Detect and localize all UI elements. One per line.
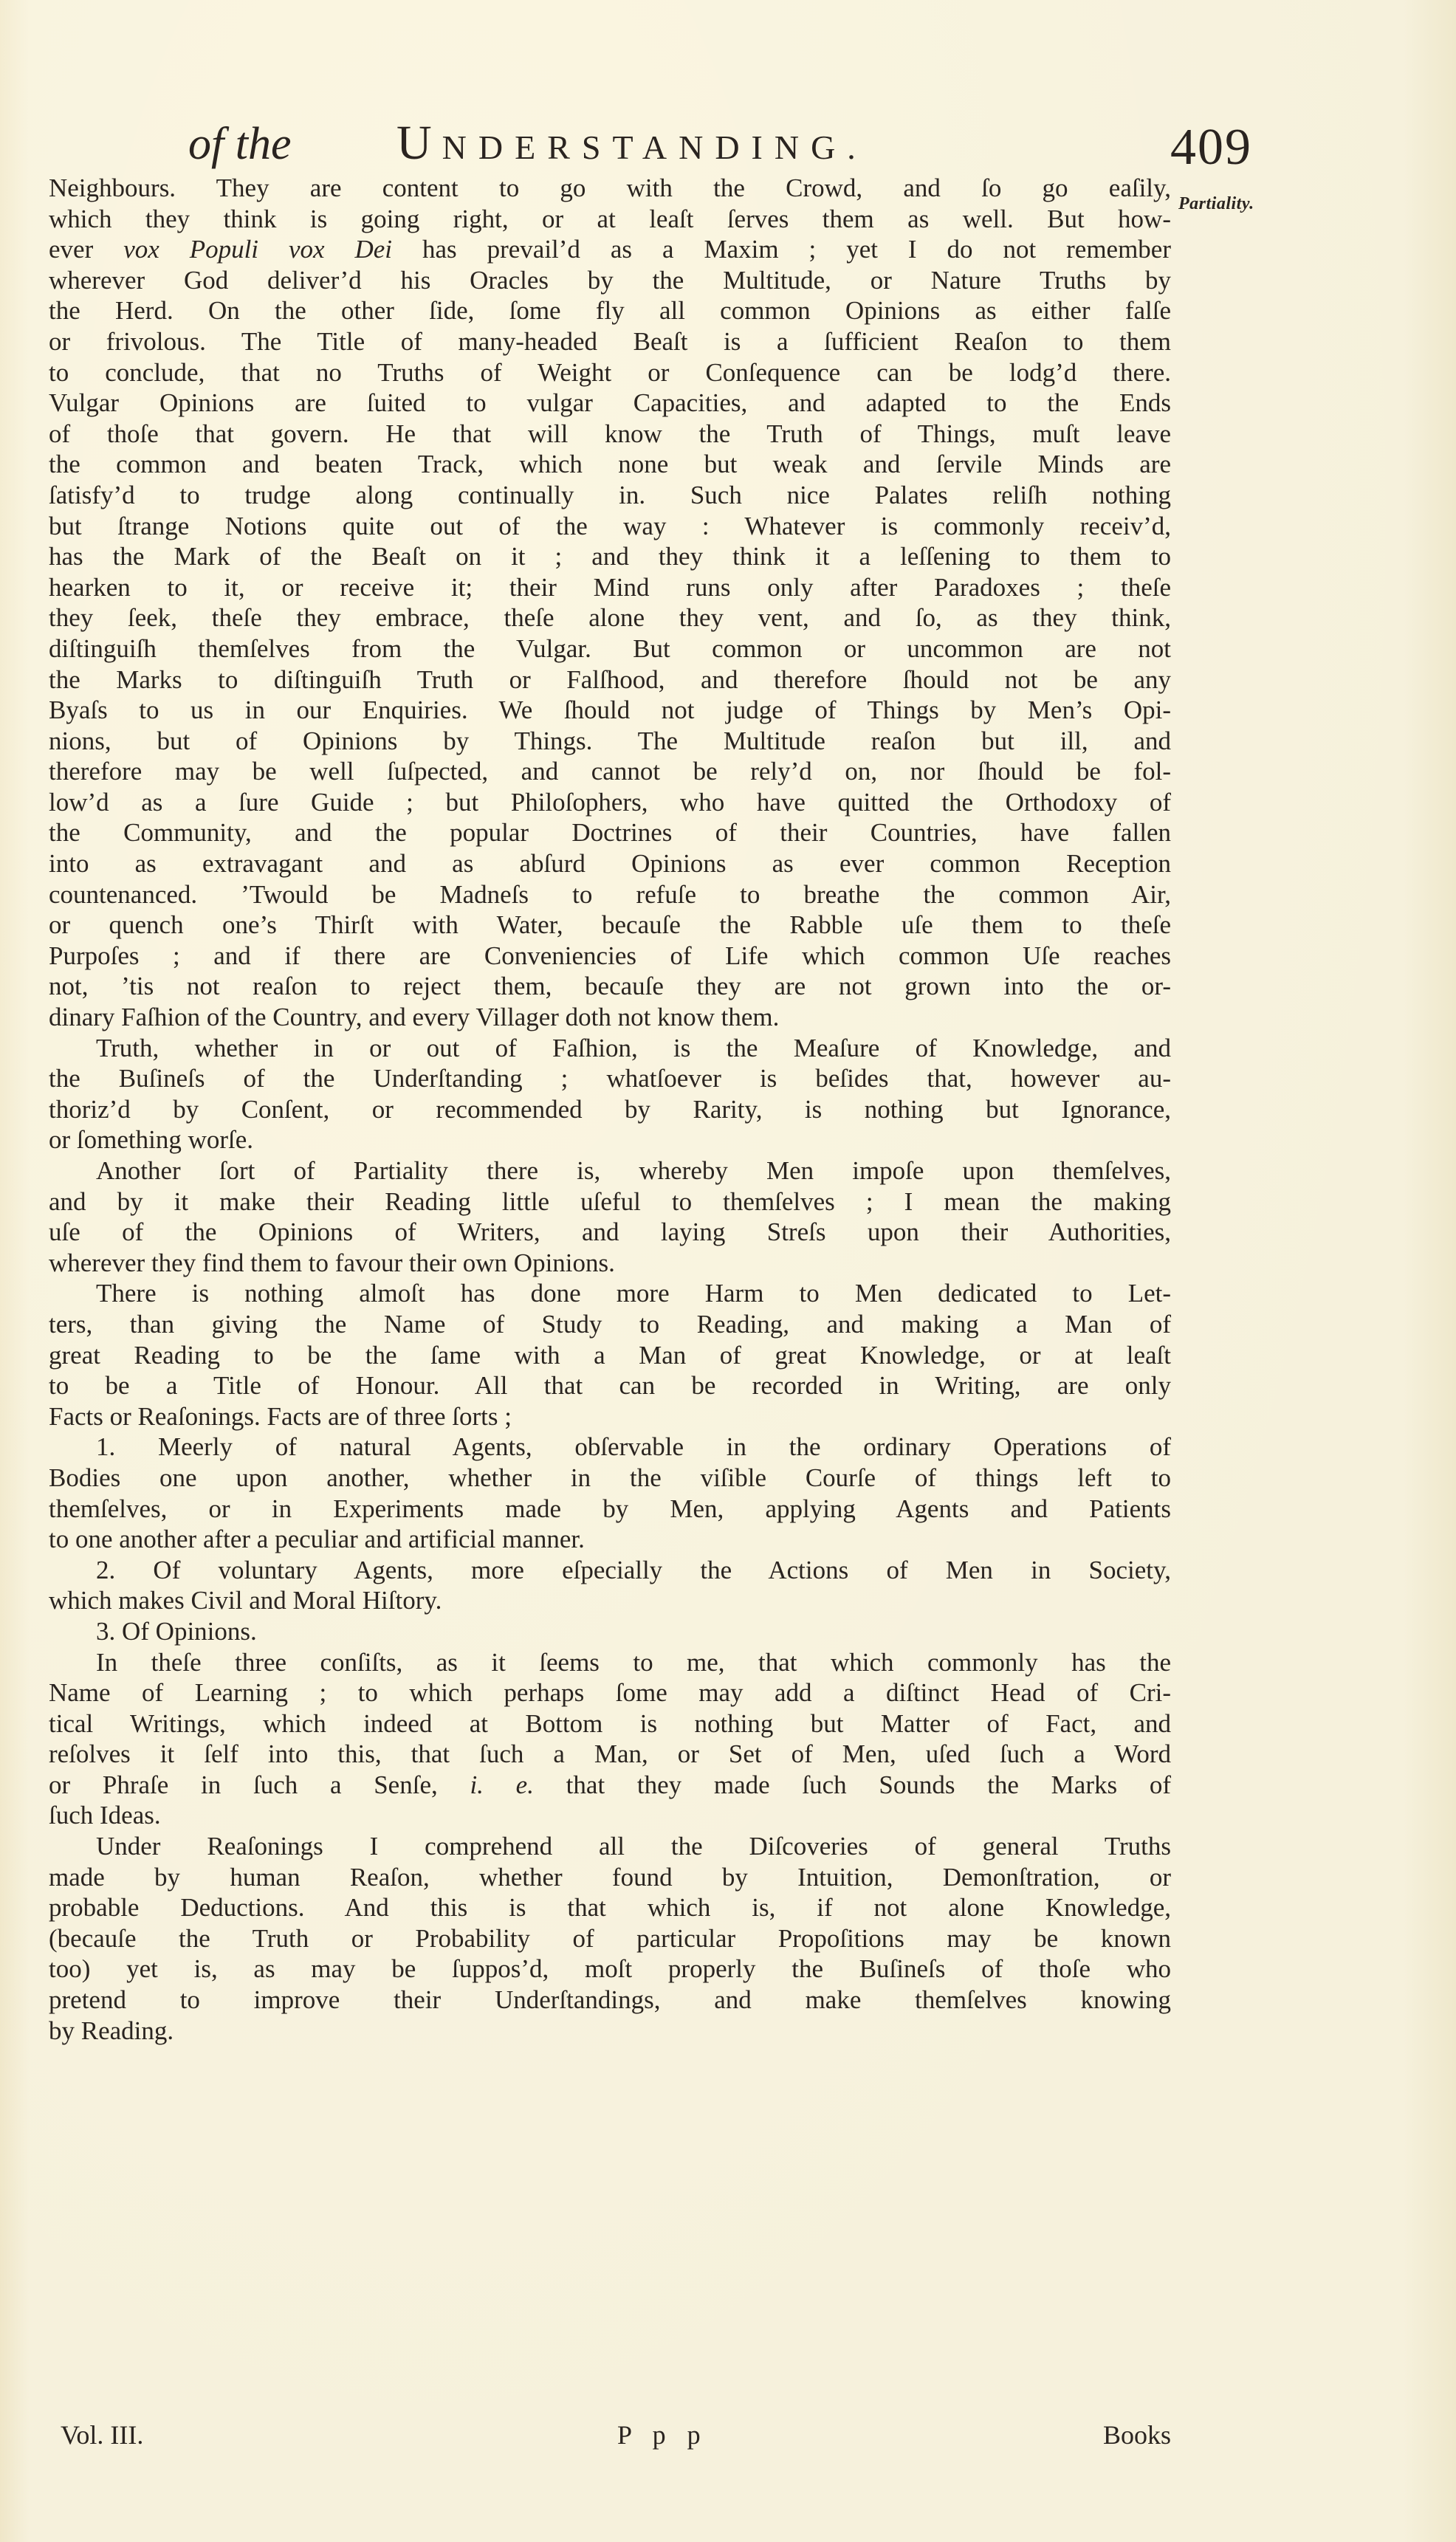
text-line: uſe of the Opinions of Writers, and layi…: [49, 1217, 1171, 1248]
running-head-prefix: of the: [188, 118, 291, 171]
text-line: Another ſort of Partiality there is, whe…: [49, 1155, 1171, 1186]
marginal-note: Partiality.: [1178, 194, 1254, 214]
text-line: 3. Of Opinions.: [49, 1616, 1171, 1647]
text-line: nions, but of Opinions by Things. The Mu…: [49, 726, 1171, 757]
text-line: Name of Learning ; to which perhaps ſome…: [49, 1677, 1171, 1708]
text-line: Neighbours. They are content to go with …: [49, 173, 1171, 204]
text-line: ters, than giving the Name of Study to R…: [49, 1309, 1171, 1340]
text-line: pretend to improve their Underſtandings,…: [49, 1985, 1171, 2016]
text-line: therefore may be well ſuſpected, and can…: [49, 756, 1171, 787]
running-head-title-rest: NDERSTANDING.: [442, 128, 868, 166]
text-line: reſolves it ſelf into this, that ſuch a …: [49, 1739, 1171, 1770]
text-line: or quench one’s Thirſt with Water, becau…: [49, 910, 1171, 941]
text-line: which makes Civil and Moral Hiſtory.: [49, 1585, 1171, 1616]
text-line: they ſeek, theſe they embrace, theſe alo…: [49, 602, 1171, 633]
text-line: the Community, and the popular Doctrines…: [49, 817, 1171, 848]
text-line: but ſtrange Notions quite out of the way…: [49, 511, 1171, 542]
text-line: wherever God deliver’d his Oracles by th…: [49, 265, 1171, 296]
text-line: to be a Title of Honour. All that can be…: [49, 1370, 1171, 1401]
text-line: or ſomething worſe.: [49, 1124, 1171, 1155]
text-line: wherever they find them to favour their …: [49, 1248, 1171, 1279]
catchword: Books: [1103, 2419, 1171, 2450]
text-line: Truth, whether in or out of Faſhion, is …: [49, 1033, 1171, 1064]
signature-mark: P p p: [617, 2419, 708, 2450]
italic-phrase: i. e.: [470, 1770, 534, 1799]
text-line: too) yet is, as may be ſuppos’d, moſt pr…: [49, 1954, 1171, 1985]
text-line: the Marks to diſtinguiſh Truth or Falſho…: [49, 664, 1171, 695]
text-line: not, ’tis not reaſon to reject them, bec…: [49, 971, 1171, 1002]
text-line: which they think is going right, or at l…: [49, 204, 1171, 235]
text-line: Vulgar Opinions are ſuited to vulgar Cap…: [49, 388, 1171, 419]
text-line: countenanced. ’Twould be Madneſs to refu…: [49, 879, 1171, 910]
text-line: dinary Faſhion of the Country, and every…: [49, 1002, 1171, 1033]
running-head-title: UNDERSTANDING.: [396, 115, 868, 171]
italic-phrase: vox Populi vox Dei: [123, 235, 392, 264]
text-line: and by it make their Reading little uſef…: [49, 1186, 1171, 1217]
text-line: of thoſe that govern. He that will know …: [49, 419, 1171, 450]
text-line: the common and beaten Track, which none …: [49, 449, 1171, 480]
text-line: Byaſs to us in our Enquiries. We ſhould …: [49, 695, 1171, 726]
text-line: 1. Meerly of natural Agents, obſervable …: [49, 1432, 1171, 1463]
text-line: themſelves, or in Experiments made by Me…: [49, 1494, 1171, 1525]
running-head-title-initial: U: [396, 116, 442, 170]
text-line: (becauſe the Truth or Probability of par…: [49, 1923, 1171, 1954]
text-line: the Buſineſs of the Underſtanding ; what…: [49, 1063, 1171, 1094]
text-line: tical Writings, which indeed at Bottom i…: [49, 1708, 1171, 1739]
text-line: Purpoſes ; and if there are Conveniencie…: [49, 941, 1171, 972]
text-line: Under Reaſonings I comprehend all the Di…: [49, 1831, 1171, 1862]
text-line: to conclude, that no Truths of Weight or…: [49, 357, 1171, 388]
page-footer: Vol. III. P p p Books: [49, 2419, 1171, 2456]
text-line: 2. Of voluntary Agents, more eſpecially …: [49, 1555, 1171, 1586]
text-line: into as extravagant and as abſurd Opinio…: [49, 848, 1171, 879]
text-line: or Phraſe in ſuch a Senſe, i. e. that th…: [49, 1770, 1171, 1801]
text-line: There is nothing almoſt has done more Ha…: [49, 1278, 1171, 1309]
text-line: ſatisfy’d to trudge along continually in…: [49, 480, 1171, 511]
text-line: diſtinguiſh themſelves from the Vulgar. …: [49, 633, 1171, 664]
book-page: of the UNDERSTANDING. 409 Partiality. Ne…: [0, 0, 1456, 2542]
text-line: ſuch Ideas.: [49, 1800, 1171, 1831]
signature-volume: Vol. III.: [61, 2419, 143, 2450]
text-line: Bodies one upon another, whether in the …: [49, 1463, 1171, 1494]
text-line: probable Deductions. And this is that wh…: [49, 1892, 1171, 1923]
text-line: made by human Reaſon, whether found by I…: [49, 1862, 1171, 1893]
text-line: Facts or Reaſonings. Facts are of three …: [49, 1401, 1171, 1432]
running-head: of the UNDERSTANDING.: [188, 111, 1288, 177]
text-line: has the Mark of the Beaſt on it ; and th…: [49, 541, 1171, 572]
text-line: great Reading to be the ſame with a Man …: [49, 1340, 1171, 1371]
text-line: ever vox Populi vox Dei has prevail’d as…: [49, 234, 1171, 265]
text-line: by Reading.: [49, 2016, 1171, 2047]
text-line: In theſe three conſiſts, as it ſeems to …: [49, 1647, 1171, 1678]
page-number: 409: [1170, 118, 1252, 177]
text-line: or frivolous. The Title of many-headed B…: [49, 326, 1171, 357]
text-line: to one another after a peculiar and arti…: [49, 1524, 1171, 1555]
body-text: Neighbours. They are content to go with …: [49, 173, 1171, 2046]
text-line: hearken to it, or receive it; their Mind…: [49, 572, 1171, 603]
text-line: low’d as a ſure Guide ; but Philoſophers…: [49, 787, 1171, 818]
text-line: the Herd. On the other ſide, ſome fly al…: [49, 295, 1171, 326]
text-line: thoriz’d by Conſent, or recommended by R…: [49, 1094, 1171, 1125]
